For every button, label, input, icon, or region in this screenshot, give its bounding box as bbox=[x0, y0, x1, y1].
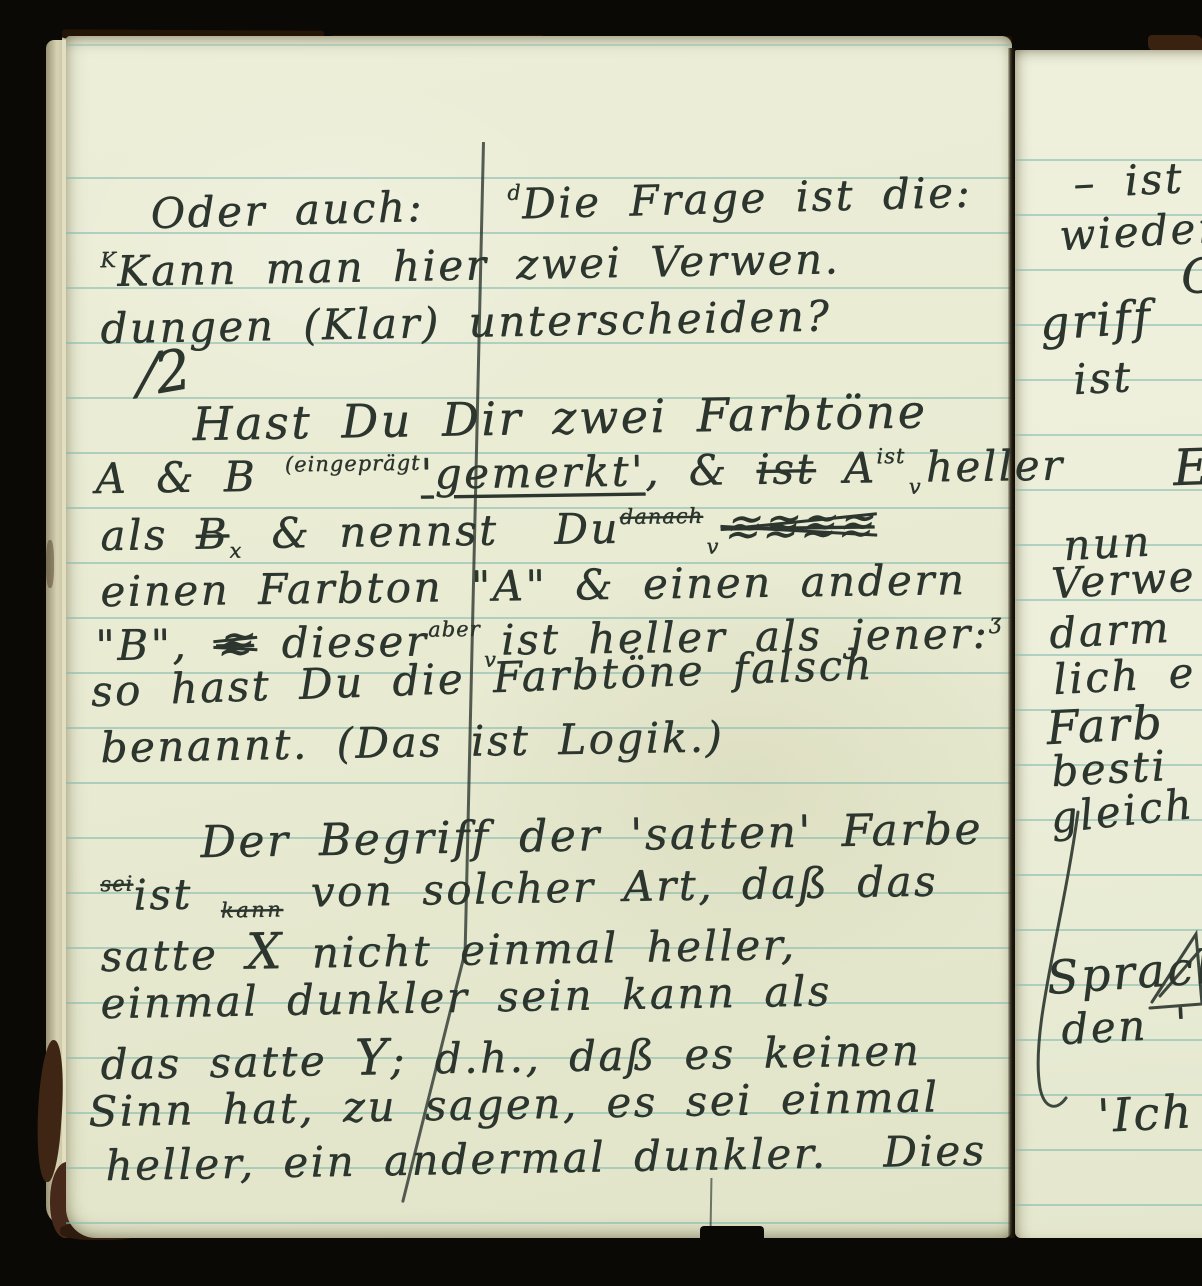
bottom-edge-notch bbox=[700, 1226, 764, 1240]
right-page bbox=[1015, 50, 1202, 1238]
center-fold-line bbox=[1008, 48, 1015, 1238]
ruled-lines bbox=[66, 124, 1012, 1230]
top-rule-line bbox=[66, 44, 1012, 46]
notebook-photo: Oder auch: dDie Frage ist die:KKann man … bbox=[0, 0, 1202, 1286]
spine-fragment bbox=[46, 540, 54, 588]
ruled-lines-right bbox=[1015, 106, 1202, 1230]
left-page bbox=[66, 36, 1012, 1238]
